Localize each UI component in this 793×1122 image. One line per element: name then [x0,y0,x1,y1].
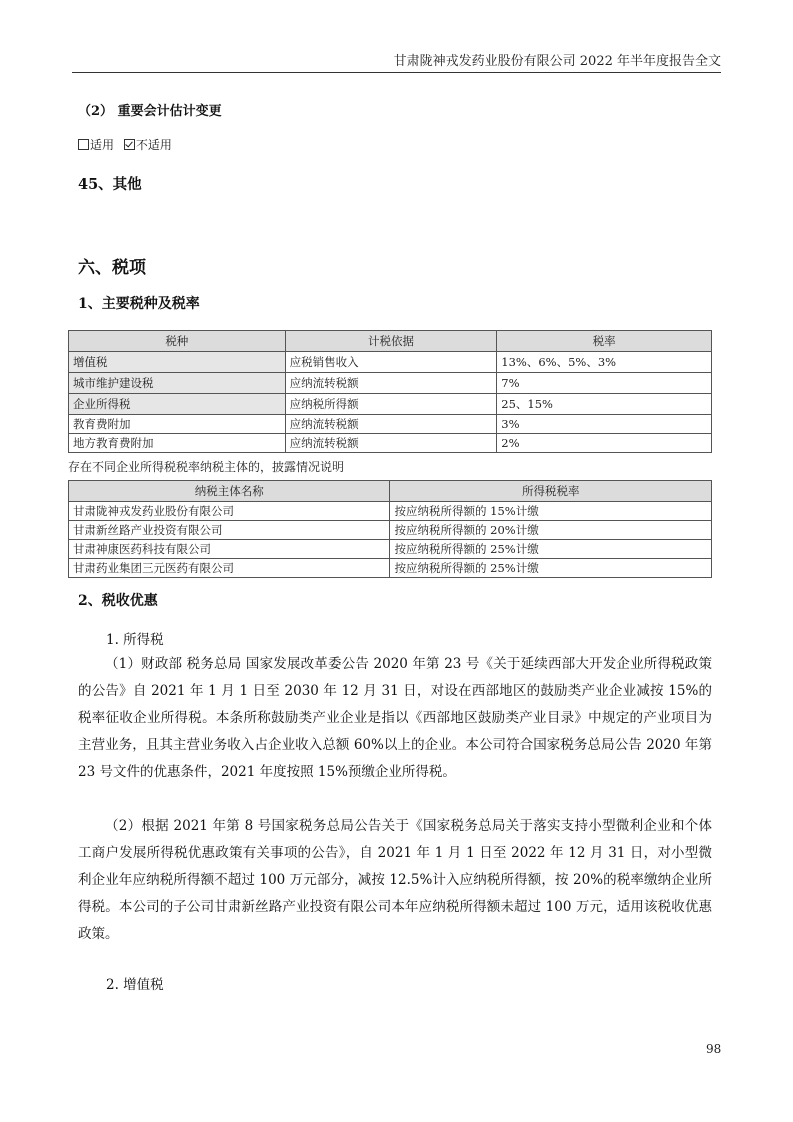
table-row: 甘肃陇神戎发药业股份有限公司 按应纳税所得额的 15%计缴 [69,502,712,521]
table-header-row: 纳税主体名称 所得税税率 [69,481,712,502]
tax-type-cell: 增值税 [69,352,286,373]
item-income-tax: 1. 所得税 [106,628,164,648]
applicability-options: 适用 不适用 [78,136,172,153]
tax-rate-cell: 3% [497,415,712,434]
entity-name-cell: 甘肃神康医药科技有限公司 [69,540,390,559]
heading-main-taxes: 1、主要税种及税率 [78,293,200,313]
heading-accounting-estimate-change: （2） 重要会计估计变更 [78,100,222,119]
column-header: 纳税主体名称 [69,481,390,502]
option-label: 不适用 [136,138,172,152]
checkbox-unchecked-icon[interactable] [78,139,89,150]
tax-type-cell: 地方教育费附加 [69,434,286,453]
table-row: 甘肃药业集团三元医药有限公司 按应纳税所得额的 25%计缴 [69,559,712,578]
tax-basis-cell: 应纳税所得额 [285,394,497,415]
paragraph-western-development: （1）财政部 税务总局 国家发展改革委公告 2020 年第 23 号《关于延续西… [78,651,712,786]
table-row: 增值税 应税销售收入 13%、6%、5%、3% [69,352,712,373]
option-label: 适用 [90,138,114,152]
income-tax-rate-cell: 按应纳税所得额的 15%计缴 [390,502,712,521]
heading-tax-incentives: 2、税收优惠 [78,590,158,610]
table-row: 企业所得税 应纳税所得额 25、15% [69,394,712,415]
column-header: 税种 [69,331,286,352]
tax-rate-cell: 7% [497,373,712,394]
checkbox-checked-icon[interactable] [124,139,135,150]
heading-tax-items: 六、税项 [78,253,146,278]
income-tax-rate-cell: 按应纳税所得额的 20%计缴 [390,521,712,540]
tax-rate-table: 税种 计税依据 税率 增值税 应税销售收入 13%、6%、5%、3% 城市维护建… [68,330,712,453]
column-header: 所得税税率 [390,481,712,502]
entity-name-cell: 甘肃药业集团三元医药有限公司 [69,559,390,578]
column-header: 税率 [497,331,712,352]
header-rule [72,72,721,73]
tax-rate-cell: 13%、6%、5%、3% [497,352,712,373]
entity-name-cell: 甘肃新丝路产业投资有限公司 [69,521,390,540]
column-header: 计税依据 [285,331,497,352]
tax-type-cell: 城市维护建设税 [69,373,286,394]
tax-basis-cell: 应纳流转税额 [285,434,497,453]
option-applicable[interactable]: 适用 [78,138,118,152]
paragraph-small-micro-enterprise: （2）根据 2021 年第 8 号国家税务总局公告关于《国家税务总局关于落实支持… [78,813,712,948]
option-not-applicable[interactable]: 不适用 [124,138,172,152]
table-row: 甘肃新丝路产业投资有限公司 按应纳税所得额的 20%计缴 [69,521,712,540]
tax-type-cell: 教育费附加 [69,415,286,434]
entity-tax-rate-table: 纳税主体名称 所得税税率 甘肃陇神戎发药业股份有限公司 按应纳税所得额的 15%… [68,480,712,578]
item-vat: 2. 增值税 [106,973,164,993]
tax-type-cell: 企业所得税 [69,394,286,415]
tax-basis-cell: 应纳流转税额 [285,373,497,394]
tax-basis-cell: 应税销售收入 [285,352,497,373]
table-row: 地方教育费附加 应纳流转税额 2% [69,434,712,453]
page-number: 98 [706,1042,721,1056]
income-tax-rate-cell: 按应纳税所得额的 25%计缴 [390,540,712,559]
table-row: 甘肃神康医药科技有限公司 按应纳税所得额的 25%计缴 [69,540,712,559]
tax-rate-cell: 25、15% [497,394,712,415]
table-header-row: 税种 计税依据 税率 [69,331,712,352]
table-row: 教育费附加 应纳流转税额 3% [69,415,712,434]
tax-basis-cell: 应纳流转税额 [285,415,497,434]
entity-name-cell: 甘肃陇神戎发药业股份有限公司 [69,502,390,521]
running-header-title: 甘肃陇神戎发药业股份有限公司 2022 年半年度报告全文 [394,50,721,69]
entity-rate-note: 存在不同企业所得税税率纳税主体的，披露情况说明 [68,458,344,475]
tax-rate-cell: 2% [497,434,712,453]
heading-section-45: 45、其他 [78,173,142,194]
table-row: 城市维护建设税 应纳流转税额 7% [69,373,712,394]
income-tax-rate-cell: 按应纳税所得额的 25%计缴 [390,559,712,578]
